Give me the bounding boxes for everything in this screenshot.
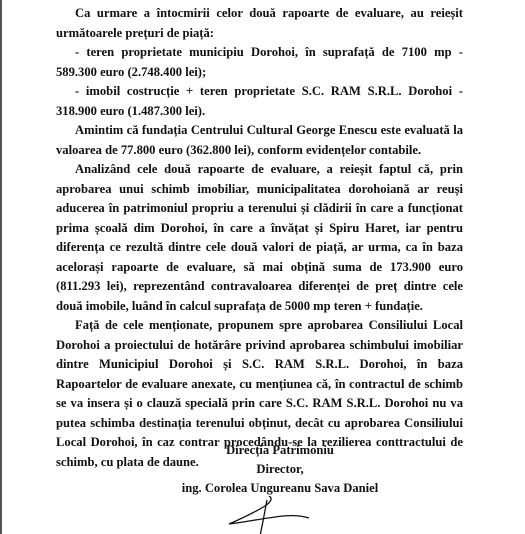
paragraph-foundation-value: Amintim că fundația Centrului Cultural G… — [56, 121, 463, 160]
paragraph-land-municipality: - teren proprietate municipiu Dorohoi, î… — [56, 43, 463, 82]
paragraph-analysis: Analizând cele două rapoarte de evaluare… — [56, 160, 463, 316]
page-left-border — [0, 0, 2, 534]
handwritten-signature-icon — [225, 496, 315, 534]
document-body: Ca urmare a întocmirii celor două rapoar… — [56, 4, 463, 472]
signature-role: Director, — [150, 460, 410, 479]
paragraph-building-ram: - imobil costrucție + teren proprietate … — [56, 82, 463, 121]
signature-block: Direcția Patrimoniu Director, ing. Corol… — [150, 441, 410, 498]
signature-department: Direcția Patrimoniu — [150, 441, 410, 460]
paragraph-evaluation-intro: Ca urmare a întocmirii celor două rapoar… — [56, 4, 463, 43]
